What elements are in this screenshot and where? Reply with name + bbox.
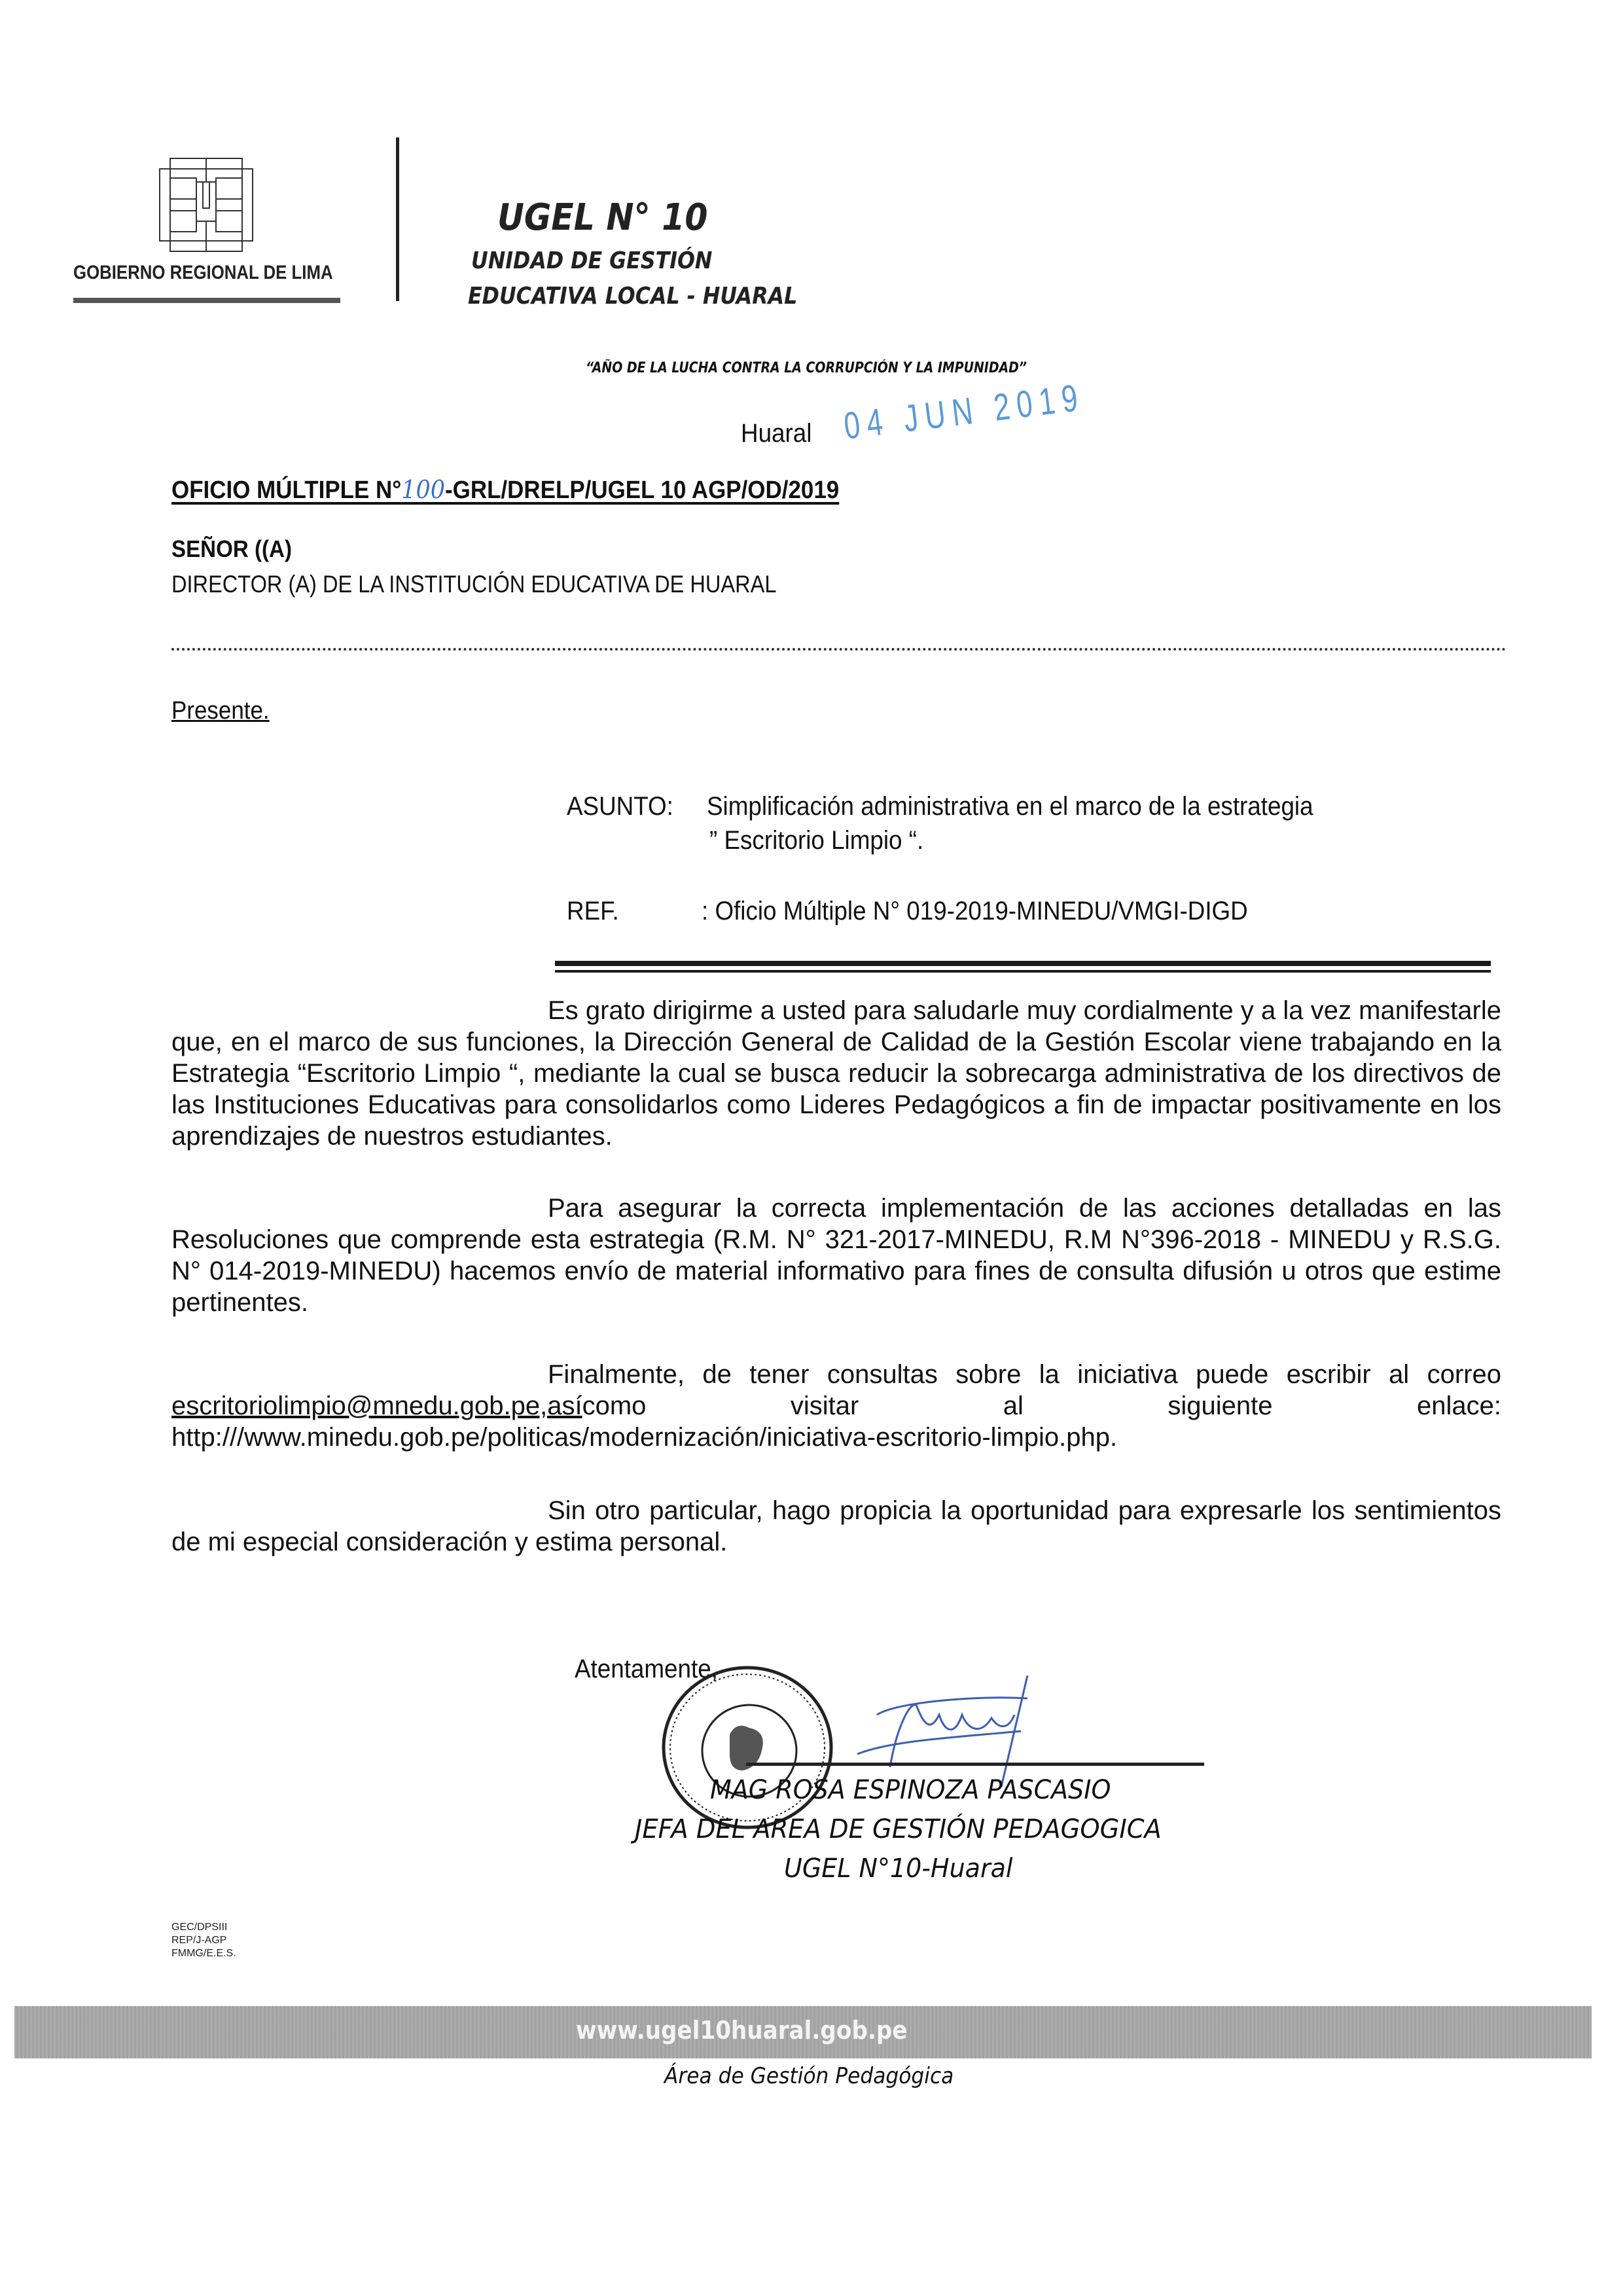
initials-line: REP/J-AGP: [171, 1934, 236, 1947]
official-seal-icon: [658, 1662, 838, 1833]
initials-line: GEC/DPSIII: [171, 1921, 236, 1934]
footer-website-link[interactable]: www.ugel10huaral.gob.pe: [576, 2016, 907, 2045]
reference-label: REF.: [567, 897, 619, 926]
ugel-title: UGEL N° 10: [497, 196, 707, 239]
dotted-separator: [171, 648, 1507, 651]
contact-email-link[interactable]: escritoriolimpio@mnedu.gob.pe,así: [171, 1391, 582, 1420]
handwritten-oficio-number: 100: [401, 475, 445, 504]
addressee-title: SEÑOR ((A): [171, 535, 292, 563]
addressee-description: DIRECTOR (A) DE LA INSTITUCIÓN EDUCATIVA…: [171, 571, 776, 598]
regional-government-logo-icon: [157, 156, 255, 254]
oficio-suffix: -GRL/DRELP/UGEL 10 AGP/OD/2019: [445, 476, 839, 504]
government-name-underline: [73, 298, 340, 303]
subject-text-line1: Simplificación administrativa en el marc…: [707, 792, 1313, 821]
signer-role: JEFA DEL AREA DE GESTIÓN PEDAGOGICA: [635, 1814, 1162, 1844]
place-label: Huaral: [741, 419, 811, 448]
subject-text-line2: ” Escritorio Limpio “.: [709, 826, 923, 855]
initiative-url[interactable]: http:///www.minedu.gob.pe/politicas/mode…: [171, 1423, 1117, 1452]
year-motto: “AÑO DE LA LUCHA CONTRA LA CORRUPCIÓN Y …: [586, 360, 1027, 376]
body-paragraph-4: Sin otro particular, hago propicia la op…: [171, 1495, 1501, 1558]
body-paragraph-2: Para asegurar la correcta implementación…: [171, 1193, 1501, 1318]
subject-rule-thin: [555, 970, 1491, 973]
ugel-subtitle-line1: UNIDAD DE GESTIÓN: [471, 247, 712, 274]
document-reference: OFICIO MÚLTIPLE N°100-GRL/DRELP/UGEL 10 …: [171, 475, 839, 505]
signature-line: [746, 1763, 1204, 1766]
paragraph-3-middle: como visitar al siguiente enlace:: [582, 1391, 1501, 1420]
signer-name: MAG ROSA ESPINOZA PASCASIO: [710, 1775, 1111, 1805]
subject-rule-thick: [555, 961, 1491, 966]
oficio-prefix: OFICIO MÚLTIPLE N°: [171, 476, 401, 504]
reference-text: : Oficio Múltiple N° 019-2019-MINEDU/VMG…: [702, 897, 1248, 926]
initials-line: FMMG/E.E.S.: [171, 1947, 236, 1960]
footer-department: Área de Gestión Pedagógica: [664, 2063, 954, 2089]
signer-organization: UGEL N°10-Huaral: [784, 1854, 1012, 1884]
date-stamp: 04 JUN 2019: [842, 375, 1087, 448]
regional-government-name: GOBIERNO REGIONAL DE LIMA: [73, 262, 304, 284]
ugel-subtitle-line2: EDUCATIVA LOCAL - HUARAL: [468, 283, 797, 310]
body-paragraph-3: Finalmente, de tener consultas sobre la …: [171, 1359, 1501, 1453]
salutation: Presente.: [171, 697, 270, 725]
body-paragraph-1: Es grato dirigirme a usted para saludarl…: [171, 995, 1501, 1152]
reference-initials: GEC/DPSIII REP/J-AGP FMMG/E.E.S.: [171, 1921, 236, 1960]
paragraph-3-intro: Finalmente, de tener consultas sobre la …: [548, 1360, 1501, 1389]
letterhead-divider: [396, 137, 399, 301]
subject-label: ASUNTO:: [567, 792, 673, 821]
